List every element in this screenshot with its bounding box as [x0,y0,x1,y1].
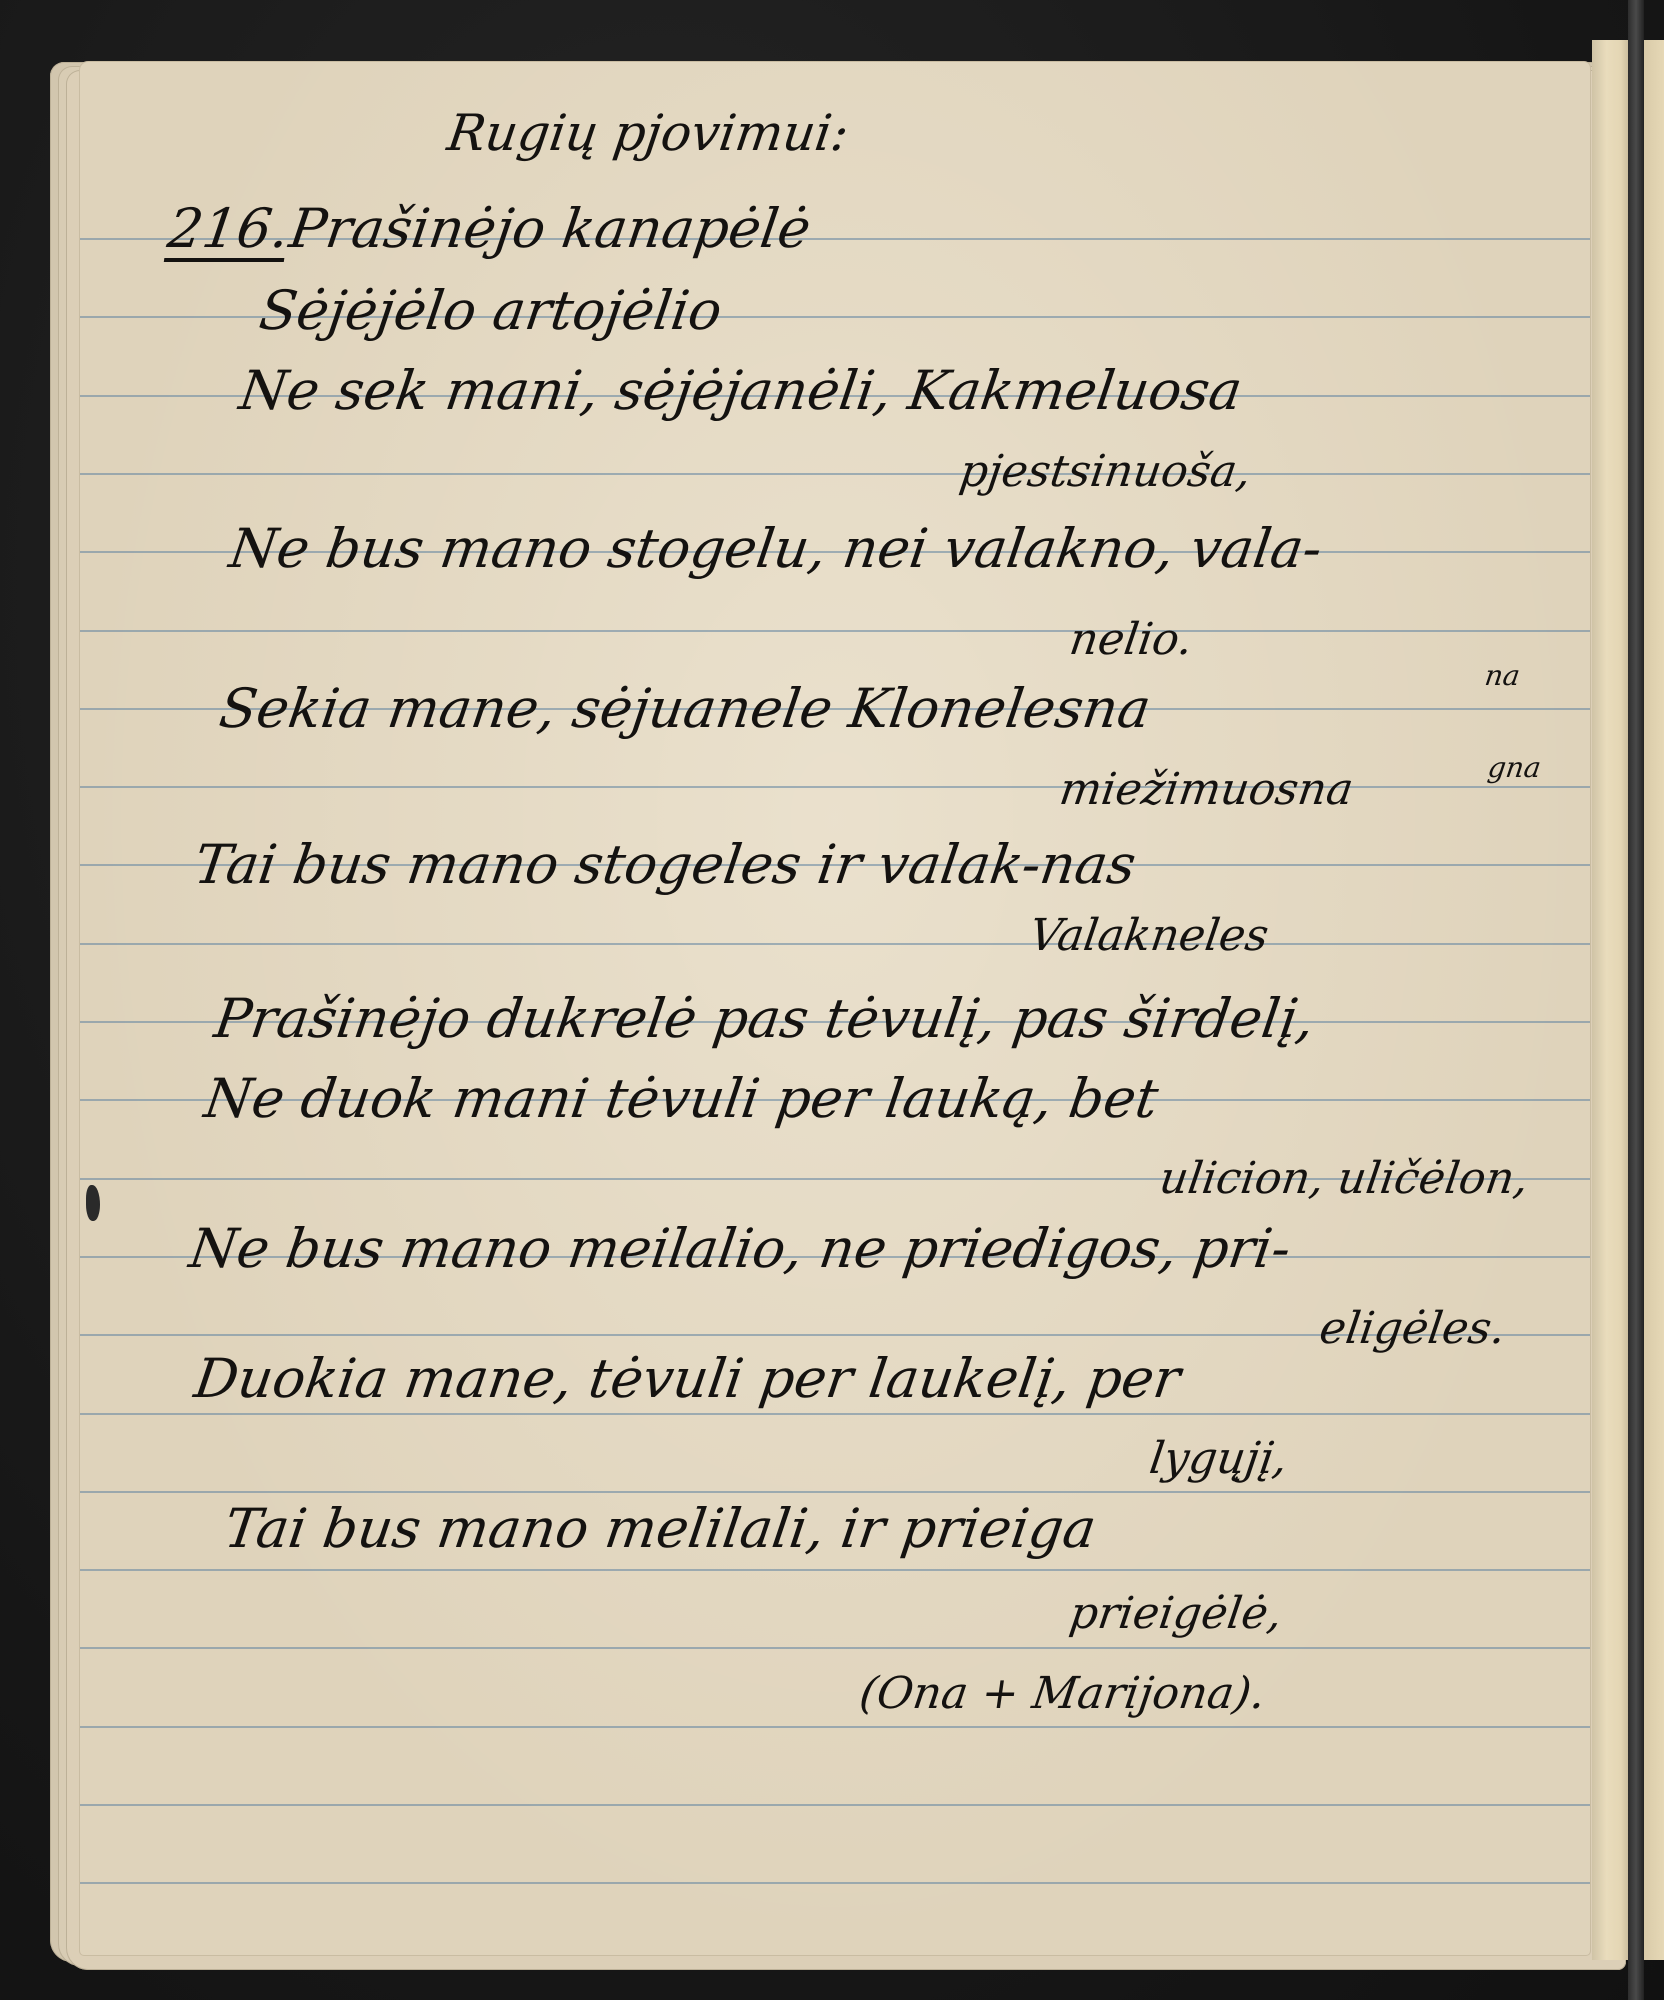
ink-blot [86,1185,100,1221]
manuscript-continuation: eligėles. [1317,1307,1508,1351]
ruled-line [80,1647,1590,1649]
ruled-line [80,943,1590,945]
ruled-line [80,1491,1590,1493]
signature-attribution: (Ona + Marijona). [857,1672,1268,1716]
manuscript-line: Tai bus mano stogeles ir valak-nas [191,838,1139,892]
manuscript-continuation: ulicion, uličėlon, [1157,1157,1531,1201]
manuscript-continuation: nelio. [1067,618,1195,662]
manuscript-line: Ne duok mani tėvuli per lauką, bet [201,1072,1161,1126]
manuscript-line: Ne bus mano meilalio, ne priedigos, pri- [186,1222,1294,1276]
ruled-line [80,786,1590,788]
ruled-line [80,1413,1590,1415]
ruled-line [80,1726,1590,1728]
manuscript-line: Prašinėjo kanapėlė [286,202,814,256]
manuscript-continuation: prieigėlė, [1067,1592,1285,1636]
notebook-spine [1628,0,1644,2000]
manuscript-line: Sėjėjėlo artojėlio [256,284,725,338]
manuscript-continuation: miežimuosna [1057,768,1356,812]
facing-page-edge [1644,40,1664,1960]
notebook-page: Rugių pjovimui: 216. Prašinėjo kanapėlė … [80,62,1590,1955]
song-number: 216. [164,202,293,262]
manuscript-continuation: pjestsinuoša, [957,450,1254,494]
interlinear-insertion: gna [1486,754,1543,782]
ruled-line [80,1882,1590,1884]
ruled-line [80,473,1590,475]
manuscript-line: Ne bus mano stogelu, nei valakno, vala- [226,522,1325,576]
manuscript-line: Prašinėjo dukrelė pas tėvulį, pas širdel… [211,992,1317,1046]
interlinear-insertion: na [1483,662,1522,690]
ruled-line [80,1804,1590,1806]
manuscript-line: Sekia mane, sėjuanele Klonelesna [216,682,1154,736]
manuscript-continuation: lygųjį, [1147,1437,1290,1481]
manuscript-line: Tai bus mano melilali, ir prieiga [221,1502,1099,1556]
manuscript-line: Ne sek mani, sėjėjanėli, Kakmeluosa [236,364,1245,418]
ruled-line [80,630,1590,632]
manuscript-line: Duokia mane, tėvuli per laukelį, per [191,1352,1183,1406]
ruled-line [80,1569,1590,1571]
page-heading: Rugių pjovimui: [444,108,851,158]
facing-page-edge [1592,40,1628,1960]
manuscript-continuation: Valakneles [1027,914,1271,958]
